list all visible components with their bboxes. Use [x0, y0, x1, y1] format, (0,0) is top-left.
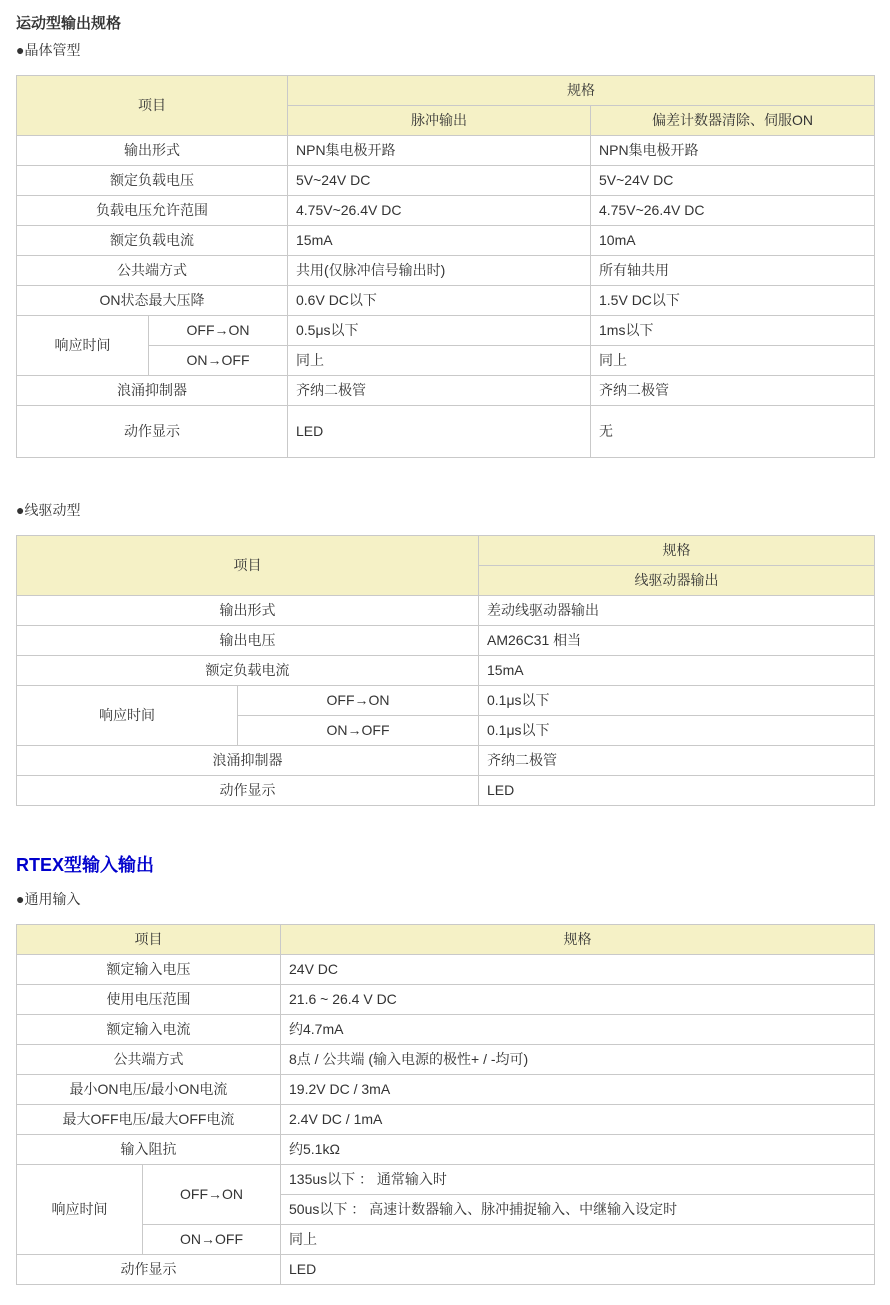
- row-label: 最大OFF电压/最大OFF电流: [17, 1105, 281, 1135]
- row-label: ON状态最大压降: [17, 286, 288, 316]
- column-header-spec: 规格: [288, 76, 875, 106]
- cell-value: 齐纳二极管: [479, 746, 875, 776]
- cell-value: 15mA: [479, 656, 875, 686]
- cell-value: NPN集电极开路: [591, 136, 875, 166]
- column-header-spec: 规格: [479, 536, 875, 566]
- table-row: 响应时间 OFF→ON 0.5μs以下 1ms以下: [17, 316, 875, 346]
- cell-value: 约5.1kΩ: [281, 1135, 875, 1165]
- table-header-row: 项目 规格: [17, 76, 875, 106]
- table-row: 响应时间 OFF→ON 0.1μs以下: [17, 686, 875, 716]
- table-row: 输入阻抗 约5.1kΩ: [17, 1135, 875, 1165]
- table-row: 额定负载电流 15mA 10mA: [17, 226, 875, 256]
- row-group-label-response-time: 响应时间: [17, 1165, 143, 1255]
- cell-value: NPN集电极开路: [288, 136, 591, 166]
- table-row: 输出电压 AM26C31 相当: [17, 626, 875, 656]
- cell-value: 4.75V~26.4V DC: [288, 196, 591, 226]
- cell-value: 21.6 ~ 26.4 V DC: [281, 985, 875, 1015]
- table-row: 最大OFF电压/最大OFF电流 2.4V DC / 1mA: [17, 1105, 875, 1135]
- rtex-section-title: RTEX型输入输出: [16, 851, 874, 877]
- row-label: 额定负载电流: [17, 656, 479, 686]
- transistor-type-label: ●晶体管型: [16, 40, 874, 60]
- table-row: ON状态最大压降 0.6V DC以下 1.5V DC以下: [17, 286, 875, 316]
- row-label: 浪涌抑制器: [17, 376, 288, 406]
- cell-value: 10mA: [591, 226, 875, 256]
- cell-value: 4.75V~26.4V DC: [591, 196, 875, 226]
- cell-value: 0.1μs以下: [479, 716, 875, 746]
- table-row: 动作显示 LED: [17, 776, 875, 806]
- row-label: 额定负载电压: [17, 166, 288, 196]
- row-sublabel-on-off: ON→OFF: [143, 1225, 281, 1255]
- table-row: 额定负载电流 15mA: [17, 656, 875, 686]
- row-label: 输入阻抗: [17, 1135, 281, 1165]
- cell-value: 50us以下 ： 高速计数器输入、脉冲捕捉输入、中继输入设定时: [281, 1195, 875, 1225]
- table-row: 最小ON电压/最小ON电流 19.2V DC / 3mA: [17, 1075, 875, 1105]
- column-header-item: 项目: [17, 925, 281, 955]
- column-header-item: 项目: [17, 76, 288, 136]
- row-label: 浪涌抑制器: [17, 746, 479, 776]
- cell-value: 0.1μs以下: [479, 686, 875, 716]
- cell-value: 同上: [281, 1225, 875, 1255]
- column-header-pulse-output: 脉冲输出: [288, 106, 591, 136]
- row-group-label-response-time: 响应时间: [17, 686, 238, 746]
- row-label: 输出形式: [17, 136, 288, 166]
- table-header-row: 项目 规格: [17, 925, 875, 955]
- column-header-spec: 规格: [281, 925, 875, 955]
- row-sublabel-off-on: OFF→ON: [143, 1165, 281, 1225]
- table-row: 额定输入电流 约4.7mA: [17, 1015, 875, 1045]
- table-row: 公共端方式 8点 / 公共端 (输入电源的极性+ / -均可): [17, 1045, 875, 1075]
- transistor-spec-table: 项目 规格 脉冲输出 偏差计数器清除、伺服ON 输出形式 NPN集电极开路 NP…: [16, 75, 875, 458]
- table-row: 额定输入电压 24V DC: [17, 955, 875, 985]
- table-row: 动作显示 LED: [17, 1255, 875, 1285]
- row-sublabel-off-on: OFF→ON: [149, 316, 288, 346]
- cell-value: 齐纳二极管: [288, 376, 591, 406]
- cell-value: 同上: [288, 346, 591, 376]
- table-row: 输出形式 差动线驱动器输出: [17, 596, 875, 626]
- row-label: 公共端方式: [17, 256, 288, 286]
- row-group-label-response-time: 响应时间: [17, 316, 149, 376]
- table-row: 负载电压允许范围 4.75V~26.4V DC 4.75V~26.4V DC: [17, 196, 875, 226]
- cell-value: 5V~24V DC: [288, 166, 591, 196]
- cell-value: 约4.7mA: [281, 1015, 875, 1045]
- table-row: 使用电压范围 21.6 ~ 26.4 V DC: [17, 985, 875, 1015]
- column-header-line-driver-output: 线驱动器输出: [479, 566, 875, 596]
- cell-value: 齐纳二极管: [591, 376, 875, 406]
- column-header-deviation-counter: 偏差计数器清除、伺服ON: [591, 106, 875, 136]
- cell-value: 1ms以下: [591, 316, 875, 346]
- row-label: 公共端方式: [17, 1045, 281, 1075]
- spec-page: 运动型输出规格 ●晶体管型 项目 规格 脉冲输出 偏差计数器清除、伺服ON 输出…: [0, 0, 890, 1305]
- table-row: 响应时间 OFF→ON 135us以下 ： 通常输入时: [17, 1165, 875, 1195]
- row-label: 动作显示: [17, 1255, 281, 1285]
- row-label: 动作显示: [17, 776, 479, 806]
- cell-value: 24V DC: [281, 955, 875, 985]
- cell-value: 1.5V DC以下: [591, 286, 875, 316]
- cell-value: 135us以下 ： 通常输入时: [281, 1165, 875, 1195]
- cell-value: 0.6V DC以下: [288, 286, 591, 316]
- line-driver-type-label: ●线驱动型: [16, 500, 874, 520]
- table-header-row: 项目 规格: [17, 536, 875, 566]
- table-row: 浪涌抑制器 齐纳二极管 齐纳二极管: [17, 376, 875, 406]
- cell-value: LED: [281, 1255, 875, 1285]
- general-input-label: ●通用输入: [16, 889, 874, 909]
- table-row: 输出形式 NPN集电极开路 NPN集电极开路: [17, 136, 875, 166]
- row-label: 额定负载电流: [17, 226, 288, 256]
- cell-value: 19.2V DC / 3mA: [281, 1075, 875, 1105]
- cell-value: LED: [288, 406, 591, 458]
- cell-value: 2.4V DC / 1mA: [281, 1105, 875, 1135]
- row-label: 最小ON电压/最小ON电流: [17, 1075, 281, 1105]
- general-input-spec-table: 项目 规格 额定输入电压 24V DC 使用电压范围 21.6 ~ 26.4 V…: [16, 924, 875, 1285]
- cell-value: 差动线驱动器输出: [479, 596, 875, 626]
- cell-value: 所有轴共用: [591, 256, 875, 286]
- row-label: 输出电压: [17, 626, 479, 656]
- row-sublabel-on-off: ON→OFF: [238, 716, 479, 746]
- cell-value: 5V~24V DC: [591, 166, 875, 196]
- cell-value: AM26C31 相当: [479, 626, 875, 656]
- table-row: 浪涌抑制器 齐纳二极管: [17, 746, 875, 776]
- cell-value: 共用(仅脉冲信号输出时): [288, 256, 591, 286]
- cell-value: LED: [479, 776, 875, 806]
- row-label: 负载电压允许范围: [17, 196, 288, 226]
- cell-value: 无: [591, 406, 875, 458]
- row-sublabel-off-on: OFF→ON: [238, 686, 479, 716]
- table-row: 动作显示 LED 无: [17, 406, 875, 458]
- row-label: 额定输入电压: [17, 955, 281, 985]
- row-label: 动作显示: [17, 406, 288, 458]
- page-title: 运动型输出规格: [16, 12, 874, 33]
- table-row: 公共端方式 共用(仅脉冲信号输出时) 所有轴共用: [17, 256, 875, 286]
- row-sublabel-on-off: ON→OFF: [149, 346, 288, 376]
- row-label: 额定输入电流: [17, 1015, 281, 1045]
- cell-value: 同上: [591, 346, 875, 376]
- cell-value: 0.5μs以下: [288, 316, 591, 346]
- cell-value: 8点 / 公共端 (输入电源的极性+ / -均可): [281, 1045, 875, 1075]
- cell-value: 15mA: [288, 226, 591, 256]
- column-header-item: 项目: [17, 536, 479, 596]
- line-driver-spec-table: 项目 规格 线驱动器输出 输出形式 差动线驱动器输出 输出电压 AM26C31 …: [16, 535, 875, 806]
- table-row: 额定负载电压 5V~24V DC 5V~24V DC: [17, 166, 875, 196]
- row-label: 输出形式: [17, 596, 479, 626]
- table-row: ON→OFF 同上: [17, 1225, 875, 1255]
- row-label: 使用电压范围: [17, 985, 281, 1015]
